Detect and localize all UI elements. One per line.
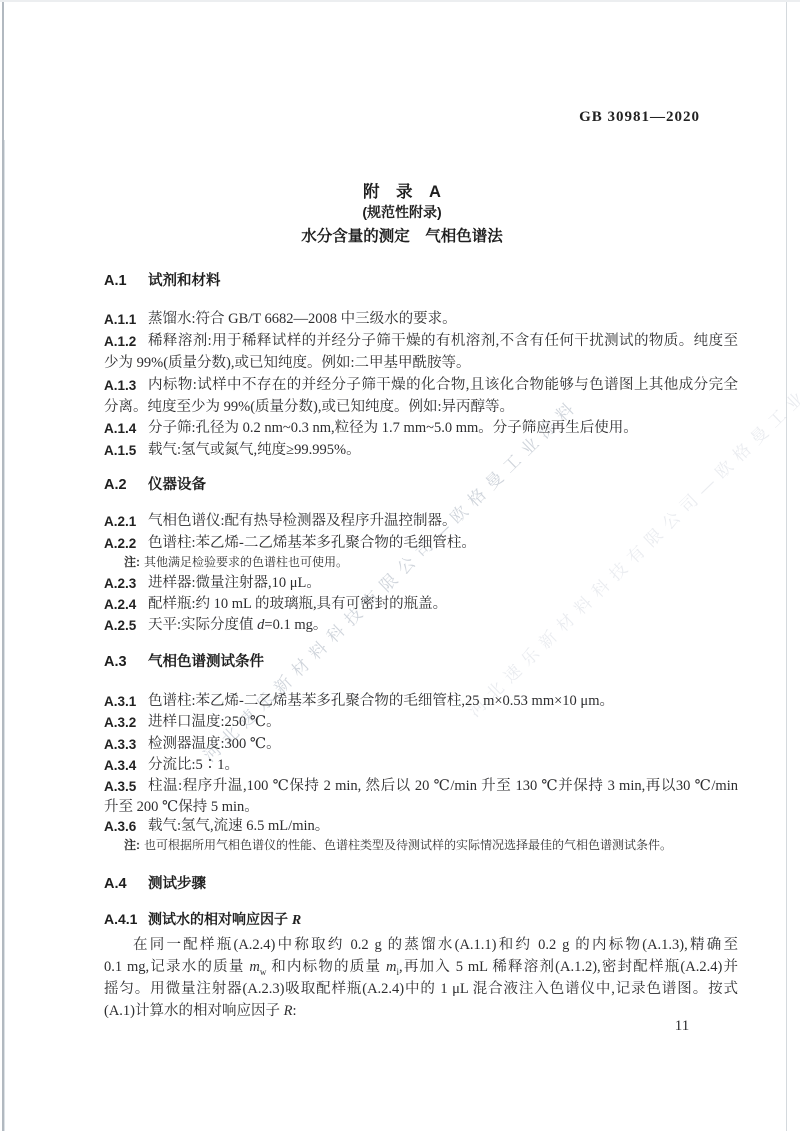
variable-R: R: [284, 1003, 293, 1019]
section-a4-heading: A.4 测试步骤: [104, 876, 738, 893]
note-a22: 注:其他满足检验要求的色谱柱也可使用。: [124, 555, 730, 570]
appendix-method-title: 水分含量的测定 气相色谱法: [104, 224, 700, 246]
scan-edge-top: [0, 0, 800, 2]
clause-number: A.2.4: [104, 596, 148, 613]
variable-m: m: [386, 959, 396, 975]
procedure-line-2: 0.1 mg,记录水的质量 mw 和内标物的质量 mi,再加入 5 mL 稀释溶…: [104, 959, 738, 981]
clause-number: A.2.1: [104, 513, 148, 530]
clause-a24: A.2.4 配样瓶:约 10 mL 的玻璃瓶,具有可密封的瓶盖。: [104, 596, 738, 613]
clause-text: 分流比:5∶1。: [148, 757, 738, 774]
clause-text: 色谱柱:苯乙烯-二乙烯基苯多孔聚合物的毛细管柱。: [148, 535, 738, 552]
variable-m: m: [249, 959, 259, 975]
clause-a31: A.3.1 色谱柱:苯乙烯-二乙烯基苯多孔聚合物的毛细管柱,25 m×0.53 …: [104, 693, 738, 710]
clause-text: 内标物:试样中不存在的并经分子筛干燥的化合物,且该化合物能够与色谱图上其他成分完…: [148, 377, 738, 394]
clause-a22: A.2.2 色谱柱:苯乙烯-二乙烯基苯多孔聚合物的毛细管柱。: [104, 535, 738, 552]
clause-a34: A.3.4 分流比:5∶1。: [104, 757, 738, 774]
appendix-title: 附 录 A: [104, 178, 700, 202]
clause-text: 柱温:程序升温,100 ℃保持 2 min, 然后以 20 ℃/min 升至 1…: [148, 778, 738, 795]
clause-title: 气相色谱测试条件: [148, 654, 738, 671]
clause-a21: A.2.1 气相色谱仪:配有热导检测器及程序升温控制器。: [104, 513, 738, 530]
clause-text: 色谱柱:苯乙烯-二乙烯基苯多孔聚合物的毛细管柱,25 m×0.53 mm×10 …: [148, 693, 738, 710]
clause-number: A.2: [104, 477, 148, 494]
clause-number: A.1.5: [104, 442, 148, 459]
clause-number: A.3.4: [104, 757, 148, 774]
section-a2-heading: A.2 仪器设备: [104, 477, 738, 494]
subsection-a41-heading: A.4.1 测试水的相对响应因子 R: [104, 911, 738, 929]
clause-title: 测试水的相对响应因子 R: [148, 911, 738, 929]
clause-text: 进样口温度:250 ℃。: [148, 714, 738, 731]
clause-a35: A.3.5 柱温:程序升温,100 ℃保持 2 min, 然后以 20 ℃/mi…: [104, 778, 738, 795]
clause-a13: A.1.3 内标物:试样中不存在的并经分子筛干燥的化合物,且该化合物能够与色谱图…: [104, 377, 738, 394]
clause-number: A.4.1: [104, 911, 148, 929]
clause-number: A.3.3: [104, 736, 148, 753]
clause-a13-continuation: 分离。纯度至少为 99%(质量分数),或已知纯度。例如:异丙醇等。: [104, 399, 738, 416]
text-run: 和内标物的质量: [266, 959, 386, 975]
clause-a15: A.1.5 载气:氢气或氮气,纯度≥99.995%。: [104, 442, 738, 459]
text-run: 0.1 mg,记录水的质量: [104, 959, 249, 975]
clause-text: 气相色谱仪:配有热导检测器及程序升温控制器。: [148, 513, 738, 530]
clause-a23: A.2.3 进样器:微量注射器,10 μL。: [104, 575, 738, 592]
clause-number: A.4: [104, 876, 148, 893]
clause-number: A.2.5: [104, 617, 148, 634]
clause-a32: A.3.2 进样口温度:250 ℃。: [104, 714, 738, 731]
note-text: 也可根据所用气相色谱仪的性能、色谱柱类型及待测试样的实际情况选择最佳的气相色谱测…: [144, 838, 672, 852]
clause-a11: A.1.1 蒸馏水:符合 GB/T 6682—2008 中三级水的要求。: [104, 311, 738, 328]
note-a3: 注:也可根据所用气相色谱仪的性能、色谱柱类型及待测试样的实际情况选择最佳的气相色…: [124, 838, 730, 853]
clause-a33: A.3.3 检测器温度:300 ℃。: [104, 736, 738, 753]
clause-number: A.3: [104, 654, 148, 671]
scan-edge-right: [786, 0, 787, 1131]
clause-a14: A.1.4 分子筛:孔径为 0.2 nm~0.3 nm,粒径为 1.7 mm~5…: [104, 420, 738, 437]
clause-a12-continuation: 少为 99%(质量分数),或已知纯度。例如:二甲基甲酰胺等。: [104, 355, 738, 372]
clause-number: A.1: [104, 273, 148, 290]
clause-number: A.3.1: [104, 693, 148, 710]
clause-number: A.2.3: [104, 575, 148, 592]
clause-text: 配样瓶:约 10 mL 的玻璃瓶,具有可密封的瓶盖。: [148, 596, 738, 613]
clause-number: A.1.4: [104, 420, 148, 437]
variable-R: R: [292, 913, 301, 928]
note-label: 注:: [124, 838, 140, 852]
procedure-line-1: 在同一配样瓶(A.2.4)中称取约 0.2 g 的蒸馏水(A.1.1)和约 0.…: [104, 937, 738, 954]
clause-text: 载气:氢气,流速 6.5 mL/min。: [148, 818, 738, 835]
text-run: ,再加入 5 mL 稀释溶剂(A.1.2),密封配样瓶(A.2.4)并: [399, 959, 738, 975]
clause-a35-continuation: 升至 200 ℃保持 5 min。: [104, 799, 738, 816]
procedure-line-3: 摇匀。用微量注射器(A.2.3)吸取配样瓶(A.2.4)中的 1 μL 混合液注…: [104, 981, 738, 998]
clause-text: 分子筛:孔径为 0.2 nm~0.3 nm,粒径为 1.7 mm~5.0 mm。…: [148, 420, 738, 437]
note-label: 注:: [124, 555, 140, 569]
section-a1-heading: A.1 试剂和材料: [104, 273, 738, 290]
standard-code: GB 30981—2020: [579, 109, 700, 126]
text-run: =0.1 mg。: [264, 617, 327, 633]
procedure-line-4: (A.1)计算水的相对响应因子 R:: [104, 1003, 738, 1020]
section-a3-heading: A.3 气相色谱测试条件: [104, 654, 738, 671]
appendix-normative-label: (规范性附录): [104, 202, 700, 222]
text-run: 测试水的相对响应因子: [148, 911, 292, 927]
scan-edge-left-faint: [4, 140, 5, 1131]
clause-title: 仪器设备: [148, 477, 738, 494]
clause-number: A.2.2: [104, 535, 148, 552]
clause-text: 稀释溶剂:用于稀释试样的并经分子筛干燥的有机溶剂,不含有任何干扰测试的物质。纯度…: [148, 333, 738, 350]
scanned-standard-page: 河北速乐新材料科技有限公司—欧格曼工业涂料 河北速乐新材料科技有限公司—欧格曼工…: [0, 0, 800, 1131]
clause-text: 载气:氢气或氮气,纯度≥99.995%。: [148, 442, 738, 459]
clause-title: 测试步骤: [148, 876, 738, 893]
clause-number: A.1.2: [104, 333, 148, 350]
text-run: 天平:实际分度值: [148, 617, 257, 633]
clause-text: 检测器温度:300 ℃。: [148, 736, 738, 753]
text-run: (A.1)计算水的相对响应因子: [104, 1003, 284, 1019]
clause-number: A.1.3: [104, 377, 148, 394]
text-run: :: [293, 1003, 297, 1019]
clause-text: 蒸馏水:符合 GB/T 6682—2008 中三级水的要求。: [148, 311, 738, 328]
clause-number: A.1.1: [104, 311, 148, 328]
clause-a12: A.1.2 稀释溶剂:用于稀释试样的并经分子筛干燥的有机溶剂,不含有任何干扰测试…: [104, 333, 738, 350]
clause-a36: A.3.6 载气:氢气,流速 6.5 mL/min。: [104, 818, 738, 835]
clause-title: 试剂和材料: [148, 273, 738, 290]
clause-number: A.3.6: [104, 818, 148, 835]
page-number: 11: [664, 1018, 700, 1035]
clause-number: A.3.2: [104, 714, 148, 731]
clause-number: A.3.5: [104, 778, 148, 795]
clause-a25: A.2.5 天平:实际分度值 d=0.1 mg。: [104, 617, 738, 634]
note-text: 其他满足检验要求的色谱柱也可使用。: [144, 555, 348, 569]
clause-text: 天平:实际分度值 d=0.1 mg。: [148, 617, 738, 634]
clause-text: 进样器:微量注射器,10 μL。: [148, 575, 738, 592]
